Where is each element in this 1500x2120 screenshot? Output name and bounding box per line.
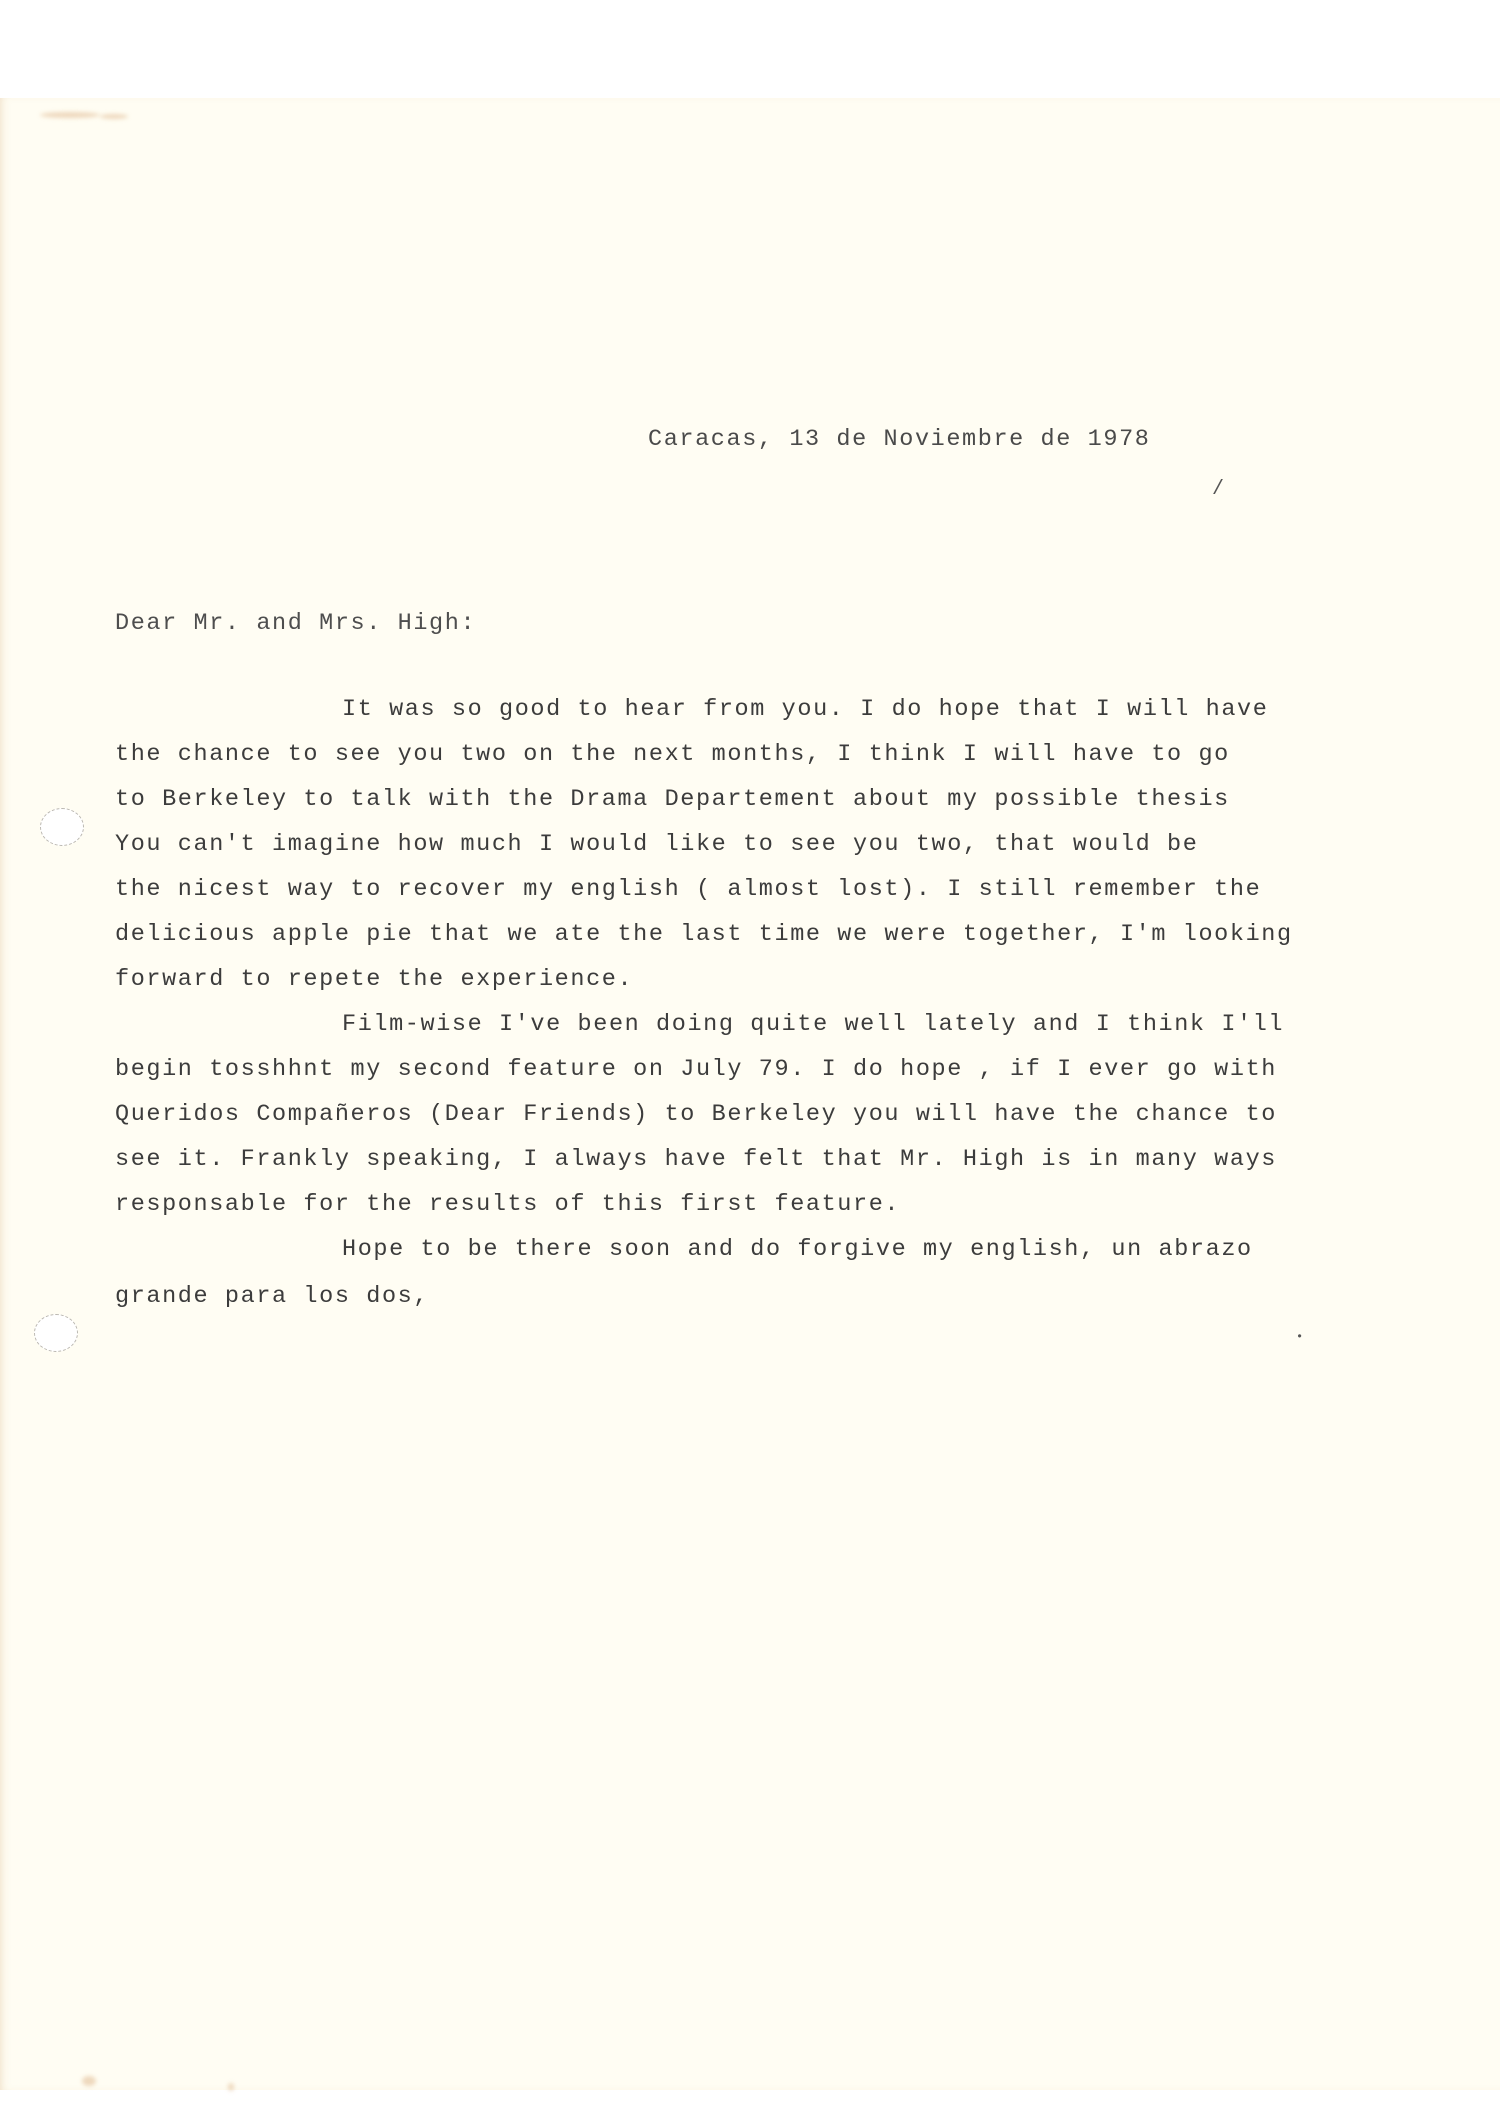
letter-page xyxy=(0,98,1500,2090)
letter-line: delicious apple pie that we ate the last… xyxy=(115,923,1293,947)
letter-line: Hope to be there soon and do forgive my … xyxy=(342,1238,1253,1262)
letter-line: responsable for the results of this firs… xyxy=(115,1193,900,1217)
letter-line: Film-wise I've been doing quite well lat… xyxy=(342,1013,1284,1037)
letter-line: Queridos Compañeros (Dear Friends) to Be… xyxy=(115,1103,1277,1127)
letter-line: It was so good to hear from you. I do ho… xyxy=(342,698,1268,722)
paper-stain xyxy=(228,2083,234,2091)
letter-line: see it. Frankly speaking, I always have … xyxy=(115,1148,1277,1172)
stray-mark: • xyxy=(1296,1330,1303,1344)
letter-line: You can't imagine how much I would like … xyxy=(115,833,1198,857)
letter-line: grande para los dos, xyxy=(115,1285,429,1309)
letter-line: forward to repete the experience. xyxy=(115,968,633,992)
letter-line: the nicest way to recover my english ( a… xyxy=(115,878,1261,902)
punch-hole-top xyxy=(40,808,84,846)
paper-stain xyxy=(82,2076,96,2086)
letter-line: to Berkeley to talk with the Drama Depar… xyxy=(115,788,1230,812)
letter-date: Caracas, 13 de Noviembre de 1978 xyxy=(648,428,1150,452)
letter-salutation: Dear Mr. and Mrs. High: xyxy=(115,612,476,636)
punch-hole-bottom xyxy=(34,1314,78,1352)
paper-stain xyxy=(40,112,100,118)
stray-mark: / xyxy=(1212,478,1224,501)
paper-stain xyxy=(100,114,128,119)
letter-line: the chance to see you two on the next mo… xyxy=(115,743,1230,767)
letter-line: begin tosshhnt my second feature on July… xyxy=(115,1058,1277,1082)
